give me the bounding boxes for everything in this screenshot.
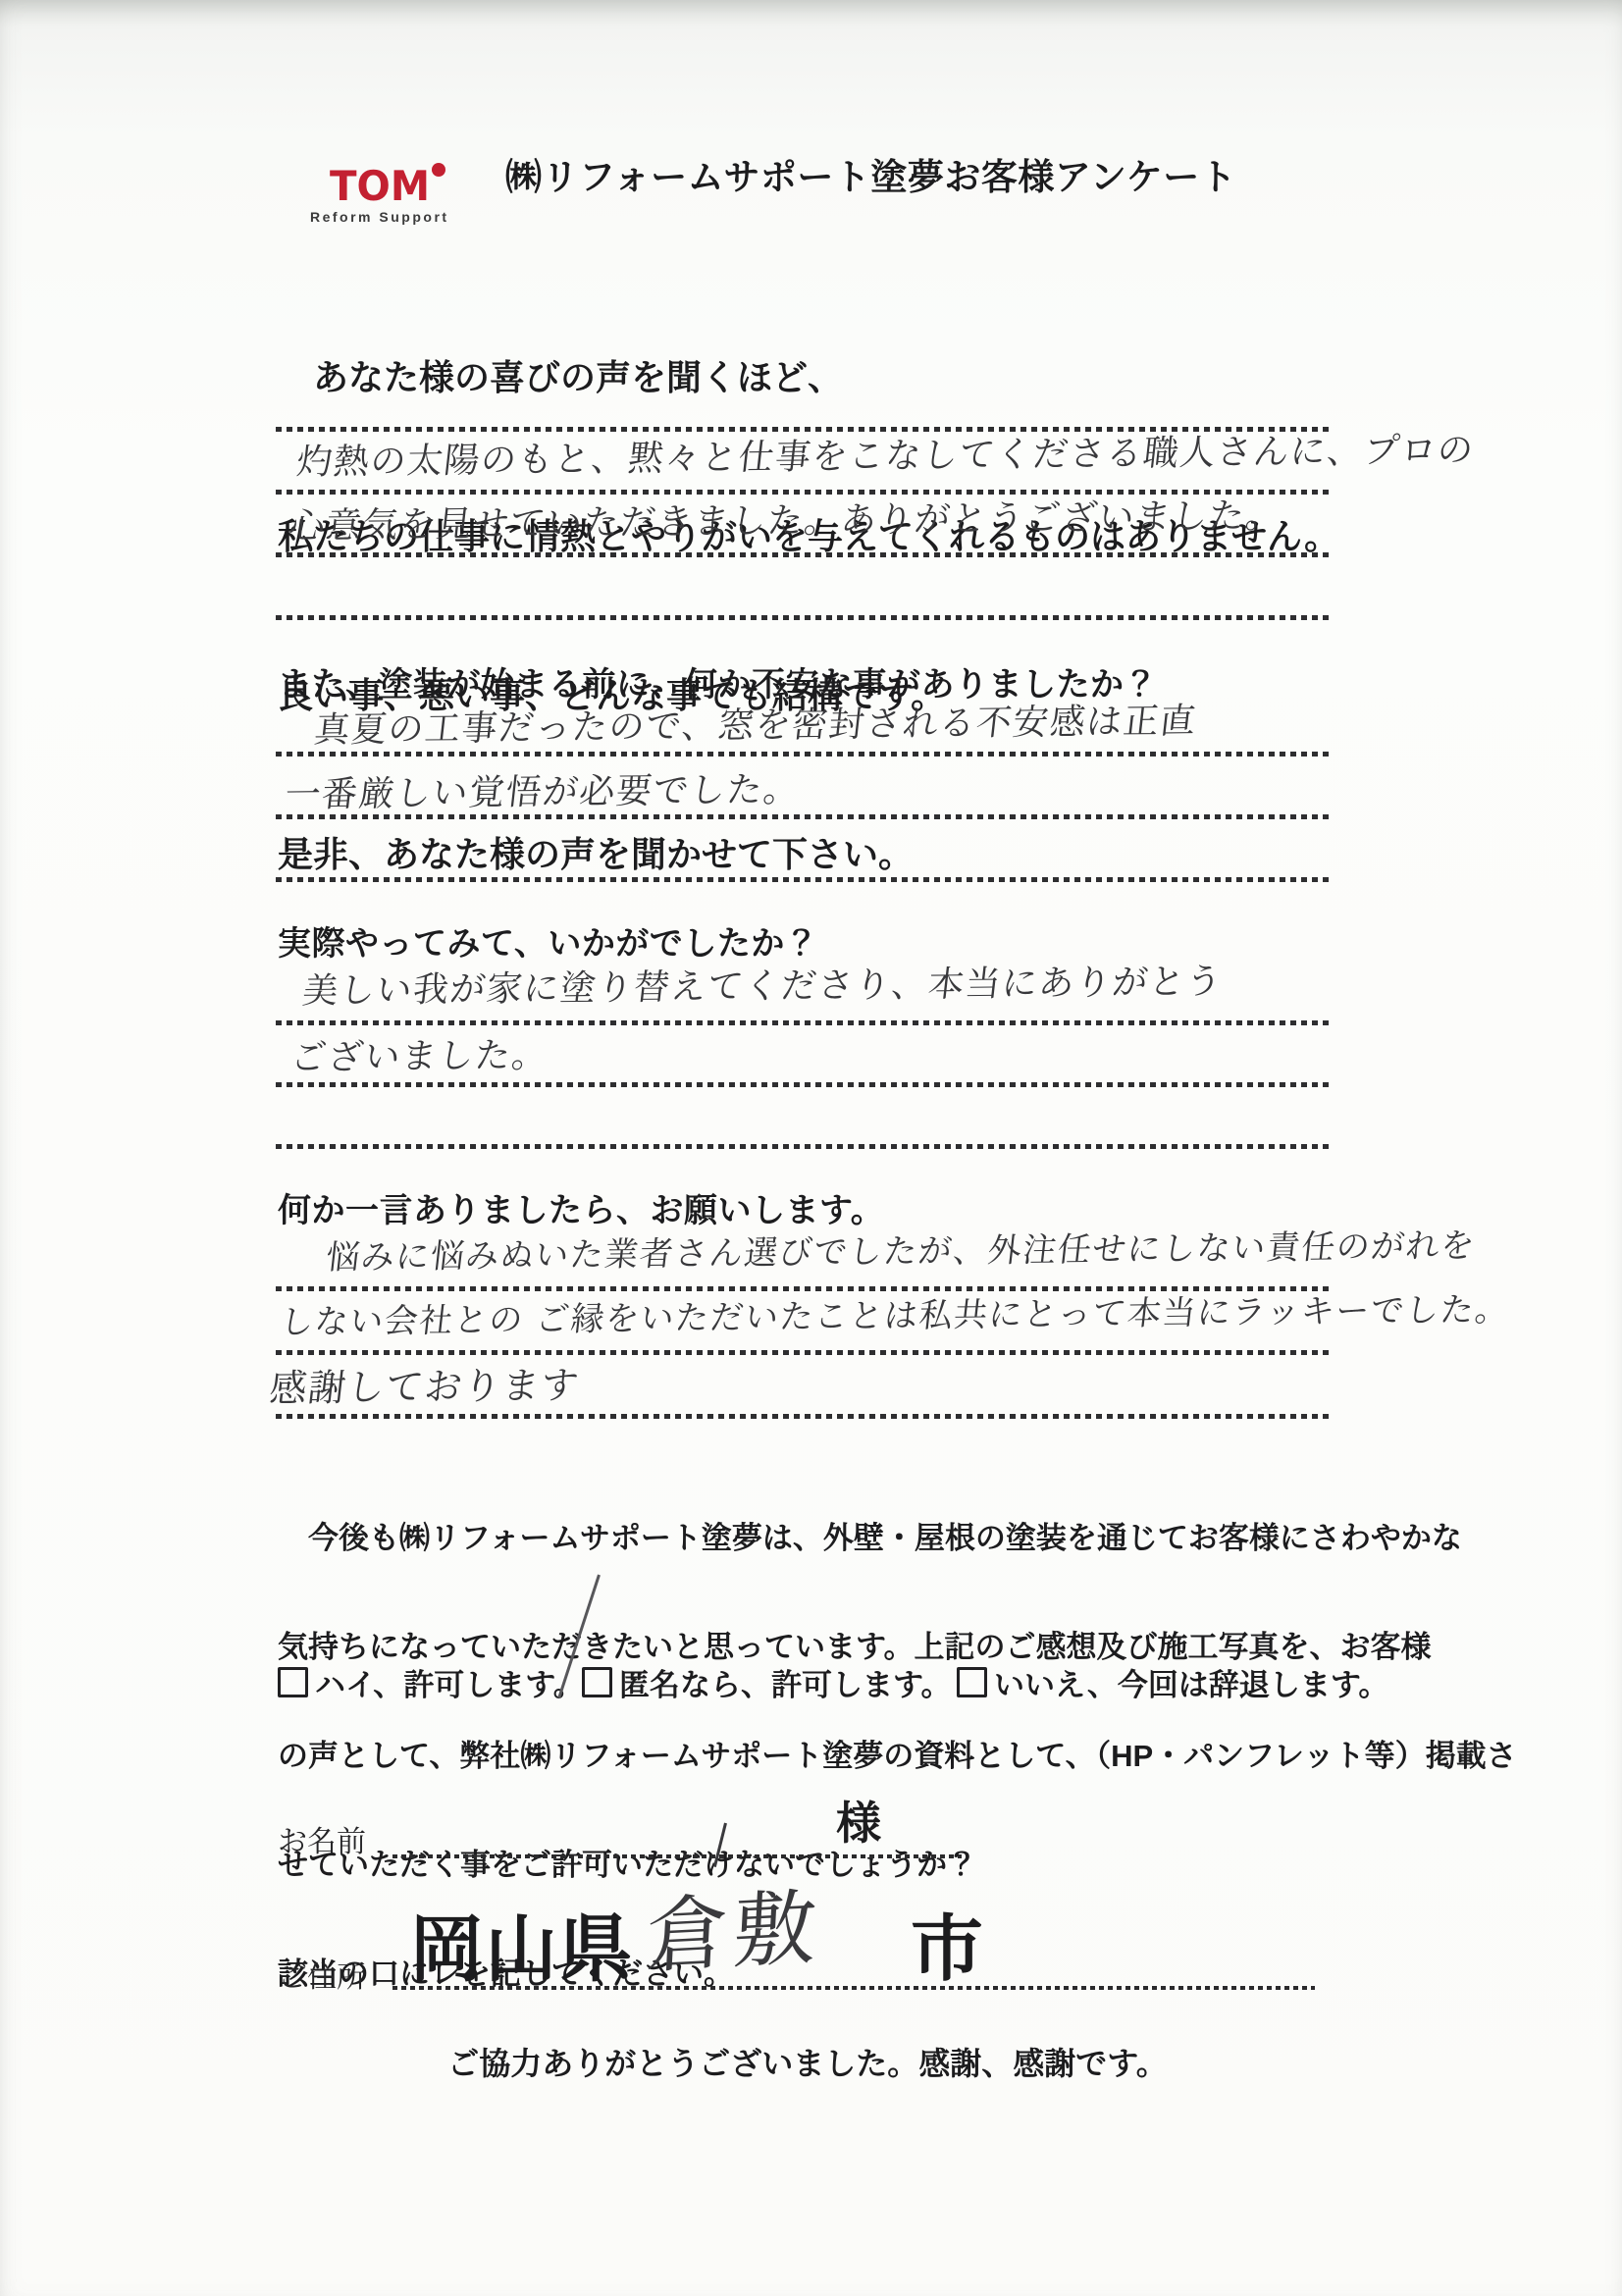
answer-ruling bbox=[276, 615, 1334, 620]
permission-line: せていただく事をご許可いただけないでしょうか？ bbox=[278, 1847, 1517, 1883]
answer-ruling bbox=[276, 814, 1334, 819]
name-entry-line bbox=[392, 1854, 962, 1858]
tom-logo-text: TOM bbox=[330, 162, 430, 210]
handwritten-answer-line: しない会社との ご縁をいただいたことは私共にとって本当にラッキーでした。 bbox=[278, 1282, 1513, 1343]
answer-ruling bbox=[276, 1144, 1334, 1149]
address-city-handwritten: 倉敷 bbox=[643, 1861, 825, 1990]
tom-logo-dot bbox=[432, 163, 445, 177]
question-heading: 実際やってみて、いかがでしたか？ bbox=[278, 916, 818, 965]
answer-ruling bbox=[276, 552, 1334, 557]
answer-ruling bbox=[276, 1082, 1334, 1087]
checkbox-no-icon[interactable] bbox=[957, 1667, 987, 1697]
address-label: ご住所 bbox=[278, 1953, 366, 1996]
permission-line: の声として、弊社㈱リフォームサポート塗夢の資料として、（HP・パンフレット等）掲… bbox=[278, 1738, 1517, 1774]
customer-survey-scan: TOM Reform Support ㈱リフォームサポート塗夢お客様アンケート … bbox=[0, 0, 1622, 2296]
address-entry-line bbox=[392, 1986, 1315, 1990]
permission-line: 今後も㈱リフォームサポート塗夢は、外壁・屋根の塗装を通じてお客様にさわやかな bbox=[278, 1520, 1517, 1556]
consent-option-anonymous: 匿名なら、許可します。 bbox=[582, 1660, 952, 1704]
answer-ruling bbox=[276, 752, 1334, 757]
handwritten-answer-line: 心意気を見せていただきました。ありがとうございました。 bbox=[287, 488, 1285, 548]
name-honorific-suffix: 様 bbox=[836, 1788, 881, 1852]
intro-line: 是非、あなた様の声を聞かせて下さい。 bbox=[278, 828, 1339, 881]
footer-thanks: ご協力ありがとうございました。感謝、感謝です。 bbox=[278, 2039, 1337, 2084]
handwritten-answer-line: ございました。 bbox=[288, 1027, 551, 1080]
checkbox-anonymous-icon[interactable] bbox=[582, 1667, 612, 1697]
answer-ruling bbox=[276, 1414, 1334, 1419]
consent-option-yes: ハイ、許可します。 bbox=[278, 1660, 584, 1704]
handwritten-answer-line: 一番厳しい覚悟が必要でした。 bbox=[283, 761, 804, 817]
question-heading: 何か一言ありましたら、お願いします。 bbox=[278, 1183, 884, 1231]
survey-title: ㈱リフォームサポート塗夢お客様アンケート bbox=[505, 147, 1236, 200]
logo-subtitle: Reform Support bbox=[310, 209, 449, 225]
consent-option-label: 匿名なら、許可します。 bbox=[619, 1668, 952, 1702]
name-label: お名前 bbox=[278, 1817, 366, 1860]
tom-logo: TOM bbox=[330, 161, 447, 212]
address-city-suffix: 市 bbox=[911, 1892, 985, 1996]
consent-option-no: いいえ、今回は辞退します。 bbox=[957, 1660, 1388, 1704]
consent-option-label: ハイ、許可します。 bbox=[315, 1668, 584, 1702]
answer-ruling bbox=[276, 1020, 1334, 1025]
consent-option-label: いいえ、今回は辞退します。 bbox=[994, 1668, 1388, 1702]
handwritten-answer-line: 美しい我が家に塗り替えてくださり、本当にありがとう bbox=[300, 954, 1226, 1014]
address-prefecture: 岡山県 bbox=[410, 1892, 634, 1996]
answer-ruling bbox=[276, 877, 1334, 882]
answer-ruling bbox=[276, 1350, 1334, 1355]
intro-line: あなた様の喜びの声を聞くほど、 bbox=[278, 351, 1339, 404]
handwritten-answer-line: 感謝しております bbox=[267, 1355, 583, 1412]
handwritten-answer-line: 真夏の工事だったので、窓を密封される不安感は正直 bbox=[312, 694, 1200, 753]
checkbox-yes-icon[interactable] bbox=[278, 1667, 308, 1697]
